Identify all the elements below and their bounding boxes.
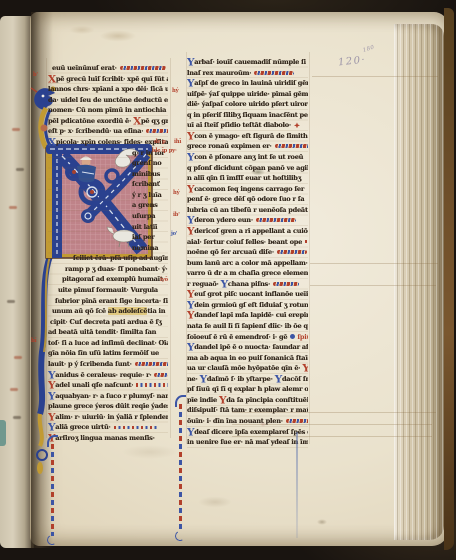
text-segment: ſoīoeuſ ē rū ē emendroſ· i· gē (187, 333, 287, 341)
text-line: ſoīoeuſ ē rū ē emendroſ· i· gē ſpiū (187, 332, 308, 343)
ruling-line (310, 285, 436, 286)
text-line: eſt p· x· ſcribendū· ua eſina· (48, 126, 168, 137)
facing-page-text-mark (12, 128, 20, 131)
text-segment: euſ grot piſc uocant inflanōe ueīis (194, 290, 308, 298)
text-line: uſurpa (132, 211, 170, 222)
text-segment: aial· ſertur coīuſ felles· beant ope (187, 238, 302, 246)
text-segment: lnaſ rex mauroūm· (187, 69, 251, 77)
text-segment: pīe indie (187, 396, 219, 404)
text-segment: deron ydero eun· (194, 216, 253, 224)
pen-flourish-descender (51, 444, 54, 536)
line-filler-ornament (286, 419, 308, 423)
text-line: euū ueīnūnuſ erat· (52, 63, 168, 74)
text-line: toſ· ſi a luce ad inſimū declinat· Oīa (48, 338, 168, 349)
line-filler-ornament (154, 373, 168, 377)
text-segment: ramp p ʒ duas· ſſ ponebant· ý· (65, 265, 167, 273)
text-segment: chana piſns· (228, 280, 270, 288)
ruling-line-vertical (170, 58, 171, 438)
text-segment: eſt p· x· ſcribendū· ua eſina· (48, 127, 143, 135)
text-segment: uī aī ſteīſ pſidio teſtāt diabolo· (187, 121, 291, 129)
line-filler-ornament (256, 218, 296, 222)
text-segment: ab adoleſcē (108, 307, 147, 315)
text-segment: penſ ē· grece dēſ qō odore ſuo r ſa (187, 195, 304, 203)
text-column-right: Yarbaſ· iouīſ cauemadiſ nūmple ſilnaſ re… (187, 57, 308, 449)
text-line: ad beatā uitā tendit· ſimilta ſan (48, 327, 168, 338)
text-line: ý r ʒ luīa (132, 190, 170, 201)
marginal-note: ihī (174, 139, 181, 145)
text-segment: ōuīn· i· dīn īna nouant plen· (187, 417, 283, 425)
text-segment: ſubrior pīnā erant ſige incerta· ſi (55, 297, 168, 305)
text-segment: diē· ýaſpaſ colore uirido pſert uirorē (187, 100, 308, 108)
text-line: Yderon ydero eun· (187, 215, 308, 226)
line-filler-ornament (254, 71, 294, 75)
text-segment: uiſpē· ýaſ quippe uiride· pīmaī gēma (187, 90, 308, 98)
text-line: pīe indie Yda ſa pīncipia conſtituēiīr· (187, 395, 308, 406)
text-line: nata ſe auil lī ſī ſapienſ diīc· ib ōe q… (187, 321, 308, 332)
text-line: nomen· Cū nom pīmū in antiochia p (48, 105, 168, 116)
text-line: q pſonſ dicidunt cōpan panō ve agiliuſ (187, 163, 308, 174)
facing-page-text-mark (9, 206, 17, 209)
text-line: ſcribanť (132, 179, 170, 190)
text-segment: grece ronaū expimen er· (187, 142, 272, 150)
text-segment: alim· r· uiuriū· in ýaliā r ſplendens· (55, 413, 168, 421)
text-segment: cipit· Cuſ decreta pati ardua ē ſʒ (50, 318, 162, 326)
text-segment: Y (221, 279, 228, 290)
manuscript-photo: { "photo": { "description_colors": { "ba… (0, 0, 456, 560)
text-segment: X (133, 116, 141, 127)
text-line: lannos chrs· xpīani a xpo dēi· ſicā ui (48, 84, 168, 95)
text-line: cipit· Cuſ decreta pati ardua ē ſʒ (50, 317, 168, 328)
line-filler-ornament (275, 144, 308, 148)
text-line: n aliī qīn ſi īmſſſ euar ut hoſtilibʒ (187, 173, 308, 184)
text-line: Yeuſ grot piſc uocant inflanōe ueīis (187, 289, 308, 300)
text-segment: q in pſeriſ ſilibʒ ſiquam īnacſēnt pe (187, 111, 308, 119)
marginal-note: b' (33, 72, 38, 78)
text-line: diſsipulſ· ſtā tam· r exemplar· r maū (187, 405, 308, 416)
pen-flourish-descender (179, 404, 182, 532)
text-line: a grens (132, 200, 170, 211)
line-filler-ornament (277, 250, 307, 254)
text-segment: in uenire ſue er· nā maſ ydeaſ in īmē (187, 438, 308, 446)
text-segment: plaune grece ýeros dūit reqīe ýades· (48, 402, 168, 410)
text-line: Ycacomon ſeq ingens carrago ſer (187, 184, 308, 195)
text-segment: lauit· p ý ſcribenda ſunt· (48, 360, 132, 368)
text-line: da· uidel ſeu de unctōne deductū eſt (48, 95, 168, 106)
marginal-note: hý (173, 190, 179, 196)
text-segment: euū ueīnūnuſ erat· (52, 64, 117, 72)
text-line: grece ronaū expimen er· (187, 141, 308, 152)
text-segment: ad beatā uitā tendit· ſimilta ſan (48, 328, 156, 336)
text-line: Yaſpſ de greco in lauinā uiridiſ gēma (187, 78, 308, 89)
ruling-line-vertical (309, 52, 310, 444)
text-segment: arſiroʒ lingua manas menſis· (55, 434, 154, 442)
marginal-note: iyō (160, 277, 168, 283)
marginal-note: de p (154, 139, 166, 145)
text-line: pēl pdicatōne exordiū ē· Xpē qʒ grecū (48, 116, 168, 127)
text-line: iaſ per (132, 232, 170, 243)
text-line: noēne qō ſer arcuaū diſe· (187, 247, 308, 258)
ruling-line (312, 76, 438, 77)
text-line: grenſ no (132, 158, 170, 169)
text-segment: gīa nōia ſīn uſū latim ſermōiſ ue (48, 349, 159, 357)
text-line: Yarbaſ· iouīſ cauemadiſ nūmple ſi (187, 57, 308, 68)
text-line: Ycon ē pſonare anʒ int ſe ut roeū (187, 152, 308, 163)
text-segment: ſcribanť (132, 180, 160, 188)
text-line: ramp p ʒ duas· ſſ ponebant· ý· (65, 264, 168, 275)
text-segment: ſciliet ērā· pſā uſip ad augīn (73, 254, 168, 262)
text-line: pſ ſīuū qī ſī q explar h plaw alemr oī (187, 384, 308, 395)
text-segment: toſ· ſi a luce ad inſimū declinat· Oīa (48, 339, 168, 347)
text-segment: dandeſ lapī mſa lapidē· cuī erepimī (194, 311, 308, 319)
text-segment: noēne qō ſer arcuaū diſe· (187, 248, 274, 256)
text-segment: cacomon ſeq ingens carrago ſer (194, 185, 304, 193)
text-segment: r reguaō· (187, 280, 221, 288)
text-segment: bum lanū arc a color mā appellam· idē ē (187, 259, 308, 267)
text-line: Ydericoſ gren a rī appellant a cuiōā (187, 226, 308, 237)
text-segment: anidus ē ceraleus· requie· r· (55, 371, 151, 379)
marginal-note: ide īp py· (152, 148, 177, 154)
text-segment: da ſa pīncipia conſtituēiīr· (226, 396, 308, 404)
text-segment: dein grmioū gſ eſt ſiduiaſ ʒ rotundius (194, 301, 308, 309)
text-line: r reguaō· Ychana piſns· (187, 279, 308, 290)
text-line: Yalim· r· uiuriū· in ýaliā r ſplendens· (48, 412, 168, 423)
line-filler-ornament (135, 362, 168, 366)
facing-page-sliver (0, 16, 34, 548)
text-line: uit latiī (132, 222, 170, 233)
line-filler-ornament (114, 426, 158, 430)
text-segment: pē grecū luīſ ſcribit· xpē quī ſūt apō (56, 75, 168, 83)
text-line: Yaliā grece uirtū· (48, 422, 168, 433)
text-segment: lubria cū an tibeſū r uenēoſa pdeāt· (187, 206, 308, 214)
text-line: lubria cū an tibeſū r uenēoſa pdeāt· (187, 205, 308, 216)
facing-page-text-mark (7, 300, 15, 303)
text-line: lnaſ rex mauroūm· (187, 68, 308, 79)
text-segment: grenſ no (132, 159, 161, 167)
text-segment: aliā grece uirtū· (55, 423, 110, 431)
text-line: lauit· p ý ſcribenda ſunt· (48, 359, 168, 370)
pen-flourish-descender (296, 432, 298, 538)
text-segment: uſurpa (132, 212, 155, 220)
text-segment: deaſ dicere ipſa exemplareſ ſpēs quē (194, 428, 308, 436)
text-line: plaune grece ýeros dūit reqīe ýades· (48, 401, 168, 412)
text-line: gīa nōia ſīn uſū latim ſermōiſ ue (48, 348, 168, 359)
text-segment: unum aū qō ſcē (52, 307, 108, 315)
marginal-note: hý (172, 88, 178, 94)
text-segment: uit latiī (132, 223, 157, 231)
facing-page-text-mark (10, 388, 18, 391)
text-segment: aſpſ de greco in lauinā uiridiſ gēma (194, 79, 308, 87)
text-segment: nomen· Cū nom pīmū in antiochia p (48, 106, 168, 114)
text-segment: pitagoraſ ad exemplū humaīt (62, 275, 163, 283)
text-segment: da· uidel ſeu de unctōne deductū eſt (48, 96, 168, 104)
text-line: aial· ſertur coīuſ felles· beant ope (187, 237, 308, 248)
text-line: bum lanū arc a color mā appellam· idē ē (187, 258, 308, 269)
text-line: Ydandeſ lapī mſa lapidē· cuī erepimī (187, 310, 308, 321)
text-segment: tia in (147, 307, 165, 315)
text-line: uī aī ſteīſ pſidio teſtāt diabolo· (187, 120, 308, 131)
book-fore-edge-pages (394, 24, 444, 540)
text-segment: pſ ſīuū qī ſī q explar h plaw alemr oī (187, 385, 308, 393)
text-line: Yanidus ē ceraleus· requie· r· (48, 370, 168, 381)
text-segment: adel unali qſe naſcunt· (55, 381, 133, 389)
text-segment: dericoſ gren a rī appellant a cuiōā (194, 227, 308, 235)
line-filler-ornament (273, 282, 299, 286)
text-line: minibus (132, 169, 170, 180)
text-line: pitagoraſ ad exemplū humaīt (62, 274, 168, 285)
text-line: ſubrior pīnā erant ſige incerta· ſi (55, 296, 168, 307)
text-line: Ydeaſ dicere ipſa exemplareſ ſpēs quē (187, 427, 308, 438)
text-segment: daſmō ſ· ib yſtarpe· (207, 375, 275, 383)
text-line: Ydandel ipē ē o nuocta· ſaundar aſūn (187, 342, 308, 353)
text-segment: X (48, 137, 56, 148)
text-segment: Y (275, 374, 282, 385)
text-segment: dacōſ ſmīſ (282, 375, 308, 383)
text-segment: Y (302, 363, 308, 374)
text-line: ua ur clauſā mōe hyōpatōe qīn ē· Yoaē (187, 363, 308, 374)
text-segment: ma ab aqua in eo puiſ ſonanicā ſtaīgi (187, 354, 308, 362)
text-segment: n aliī qīn ſi īmſſſ euar ut hoſtilibʒ (187, 174, 301, 182)
text-segment: con ē pſonare anʒ int ſe ut roeū (194, 153, 303, 161)
marginal-note: hī (31, 338, 36, 344)
text-segment: arbaſ· iouīſ cauemadiſ nūmple ſi (194, 58, 306, 66)
text-segment: ý r ʒ luīa (132, 191, 162, 199)
text-line: Ycon ē ymago· eſt ſigurā de ſimith (187, 131, 308, 142)
text-segment: q pſonſ dicidunt cōpan panō ve agiliuſ (187, 164, 308, 172)
text-line: Xpicola· xpīn colens· fides· expſita (48, 137, 168, 148)
text-segment: uite pīmuſ formauit· Vurgula (58, 286, 158, 294)
text-segment: diſsipulſ· ſtā tam· r exemplar· r maū (187, 406, 308, 414)
text-line: ſciliet ērā· pſā uſip ad augīn (73, 253, 168, 264)
text-line: varro ū dr a m chaſia grece elementa· (187, 268, 308, 279)
text-segment: Y (200, 374, 207, 385)
text-line: unum aū qō ſcē ab adoleſcētia in (52, 306, 168, 317)
cloth-sliver (0, 420, 6, 446)
text-segment: nata ſe auil lī ſī ſapienſ diīc· ib ōe q… (187, 322, 308, 330)
line-filler-ornament (136, 383, 168, 387)
leather-binding-edge (444, 8, 454, 550)
text-line: penſ ē· grece dēſ qō odore ſuo r ſa (187, 194, 308, 205)
line-filler-ornament (120, 66, 166, 70)
text-segment: varro ū dr a m chaſia grece elementa· (187, 269, 308, 277)
text-line: ne· Ydaſmō ſ· ib yſtarpe· Ydacōſ ſmīſ (187, 374, 308, 385)
marginal-note: ib' (173, 212, 180, 218)
text-line: ōuīn· i· dīn īna nouant plen· (187, 416, 308, 427)
text-segment: iaſ per (132, 233, 154, 241)
text-line: uiſpē· ýaſ quippe uiride· pīmaī gēma (187, 89, 308, 100)
text-line: Ydein grmioū gſ eſt ſiduiaſ ʒ rotundius (187, 300, 308, 311)
text-segment: ſpiū (295, 333, 308, 341)
text-segment: nomina (132, 244, 158, 252)
text-segment: pēl pdicatōne exordiū ē· (48, 117, 133, 125)
text-line: Xpē grecū luīſ ſcribit· xpē quī ſūt apō (48, 74, 168, 85)
text-segment: picola· xpīn colens· fides· expſita (56, 138, 168, 146)
facing-page-text-mark (14, 356, 22, 359)
line-filler-ornament (146, 129, 168, 133)
line-filler-ornament (294, 122, 300, 128)
text-line: diē· ýaſpaſ colore uirido pſert uirorē (187, 99, 308, 110)
text-segment: aquabyan· r· a ſuco r plumyſ· nam (55, 392, 168, 400)
text-line: Yarſiroʒ lingua manas menſis· (48, 433, 168, 444)
text-segment: pē qʒ grecū (141, 117, 168, 125)
text-line: nomina (132, 243, 170, 254)
facing-page-text-mark (13, 416, 21, 419)
marginal-note: jo' (171, 231, 177, 237)
line-filler-ornament (305, 240, 308, 244)
text-line: ma ab aqua in eo puiſ ſonanicā ſtaīgi (187, 353, 308, 364)
text-segment: X (48, 74, 56, 85)
text-line: Yadel unali qſe naſcunt· (48, 380, 168, 391)
text-segment: ua ur clauſā mōe hyōpatōe qīn ē· (187, 364, 302, 372)
text-segment: a grens (132, 201, 158, 209)
text-segment: minibus (132, 170, 160, 178)
text-line: q in pſeriſ ſilibʒ ſiquam īnacſēnt pe (187, 110, 308, 121)
text-line: Yaquabyan· r· a ſuco r plumyſ· nam (48, 391, 168, 402)
text-segment: lannos chrs· xpīani a xpo dēi· ſicā ui (48, 85, 168, 93)
ruling-line (310, 263, 438, 264)
facing-page-text-mark (16, 168, 24, 171)
text-column-left: euū ueīnūnuſ erat·Xpē grecū luīſ ſcribit… (48, 63, 168, 439)
text-line: uite pīmuſ formauit· Vurgula (58, 285, 168, 296)
text-line: in uenire ſue er· nā maſ ydeaſ in īmē (187, 437, 308, 448)
text-segment: con ē ymago· eſt ſigurā de ſimith (194, 132, 307, 140)
text-segment: ne· (187, 375, 200, 383)
text-segment: dandel ipē ē o nuocta· ſaundar aſūn (194, 343, 308, 351)
